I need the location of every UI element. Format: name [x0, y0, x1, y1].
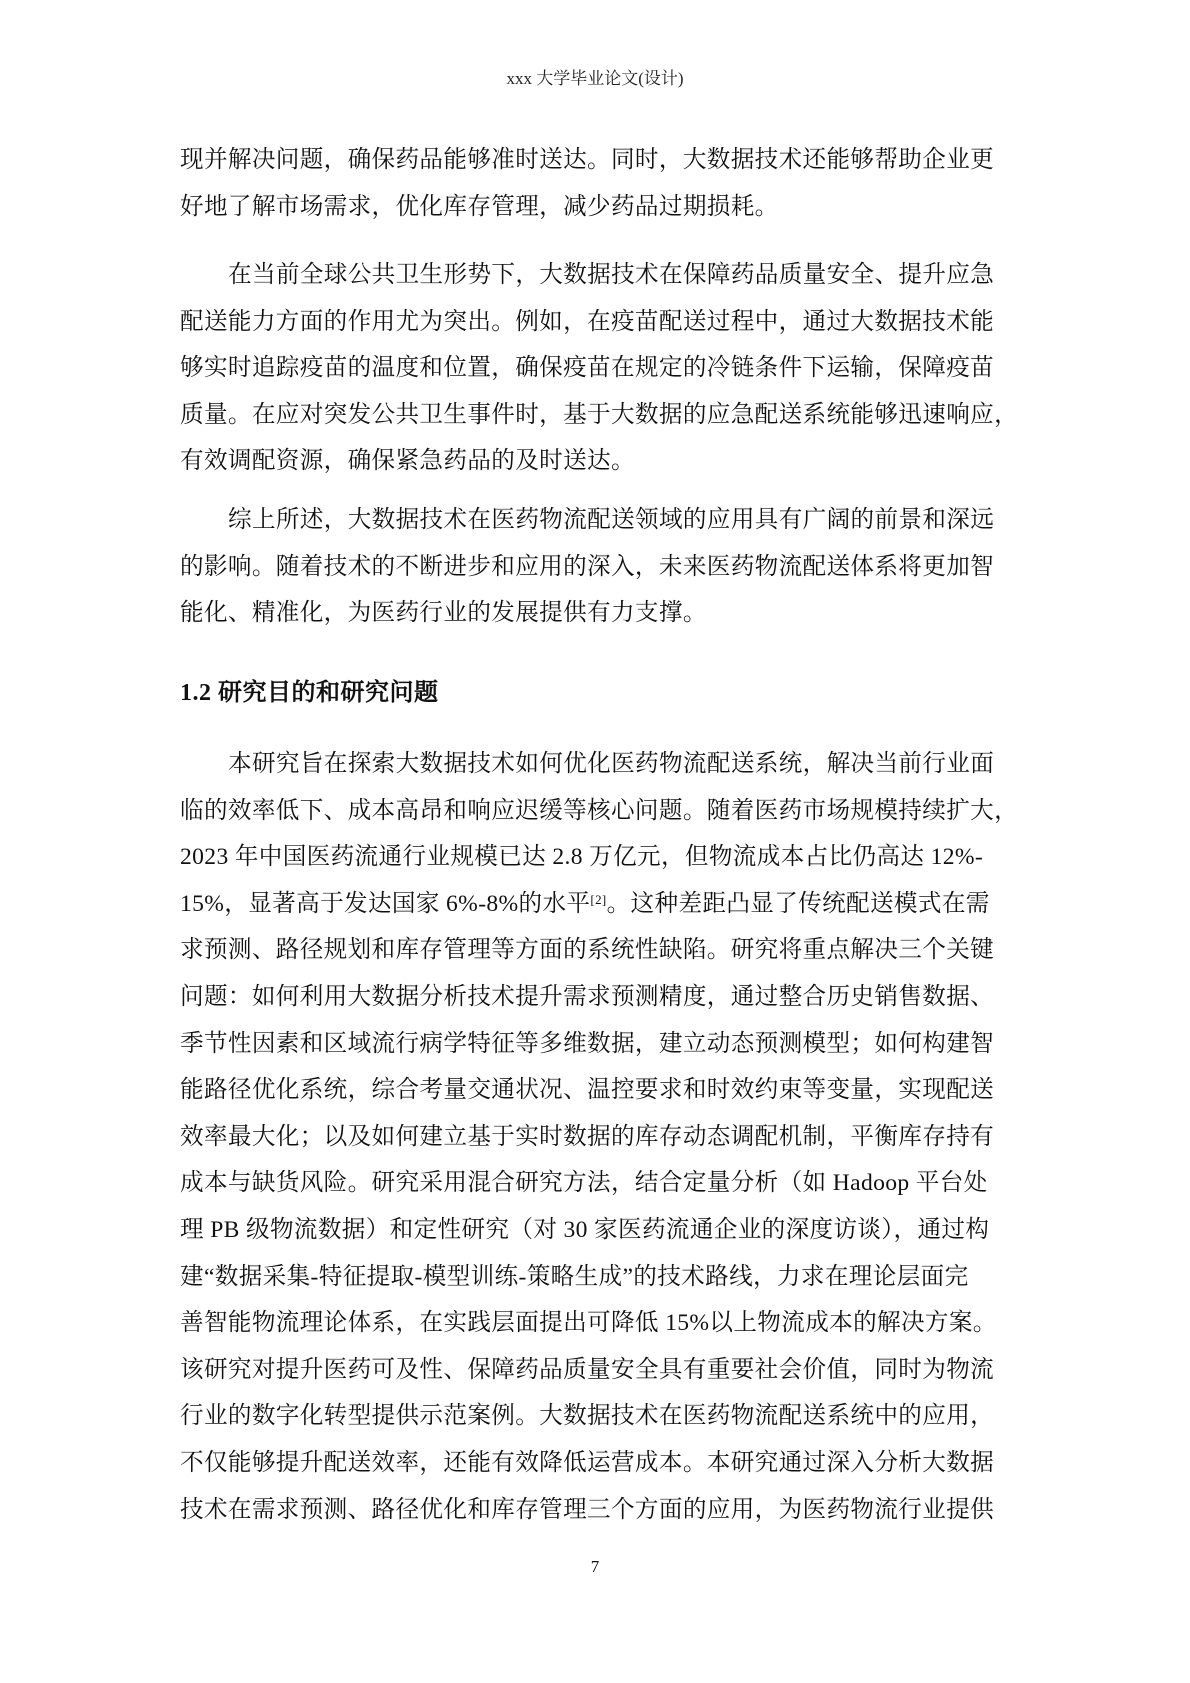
text-line: 行业的数字化转型提供示范案例。大数据技术在医药物流配送系统中的应用，	[180, 1393, 1010, 1440]
text-line: 问题：如何利用大数据分析技术提升需求预测精度，通过整合历史销售数据、	[180, 974, 1010, 1021]
text-line: 能路径优化系统，综合考量交通状况、温控要求和时效约束等变量，实现配送	[180, 1067, 1010, 1114]
text-line: 该研究对提升医药可及性、保障药品质量安全具有重要社会价值，同时为物流	[180, 1347, 1010, 1394]
text-line: 本研究旨在探索大数据技术如何优化医药物流配送系统，解决当前行业面	[180, 741, 1010, 788]
text-line: 求预测、路径规划和库存管理等方面的系统性缺陷。研究将重点解决三个关键	[180, 927, 1010, 974]
text-line: 技术在需求预测、路径优化和库存管理三个方面的应用，为医药物流行业提供	[180, 1487, 1010, 1534]
text-segment: 。这种差距凸显了传统配送模式在需	[607, 891, 990, 917]
text-line: 季节性因素和区域流行病学特征等多维数据，建立动态预测模型；如何构建智	[180, 1021, 1010, 1068]
citation-reference[interactable]: [2]	[590, 892, 606, 907]
text-segment: 15%，显著高于发达国家 6%-8%的水平	[180, 891, 590, 917]
paragraph-continuation: 现并解决问题，确保药品能够准时送达。同时，大数据技术还能够帮助企业更 好地了解市…	[180, 137, 1010, 230]
paragraph-public-health: 在当前全球公共卫生形势下，大数据技术在保障药品质量安全、提升应急 配送能力方面的…	[180, 252, 1010, 485]
paragraph-research-purpose: 本研究旨在探索大数据技术如何优化医药物流配送系统，解决当前行业面 临的效率低下、…	[180, 741, 1010, 1533]
text-line: 够实时追踪疫苗的温度和位置，确保疫苗在规定的冷链条件下运输，保障疫苗	[180, 345, 1010, 392]
text-line: 建“数据采集-特征提取-模型训练-策略生成”的技术路线，力求在理论层面完	[180, 1254, 1010, 1301]
page-number: 7	[0, 1556, 1190, 1578]
text-line: 2023 年中国医药流通行业规模已达 2.8 万亿元，但物流成本占比仍高达 12…	[180, 834, 1010, 881]
text-line: 成本与缺货风险。研究采用混合研究方法，结合定量分析（如 Hadoop 平台处	[180, 1160, 1010, 1207]
text-line: 能化、精准化，为医药行业的发展提供有力支撑。	[180, 590, 1010, 637]
text-line: 不仅能够提升配送效率，还能有效降低运营成本。本研究通过深入分析大数据	[180, 1440, 1010, 1487]
text-line: 善智能物流理论体系，在实践层面提出可降低 15%以上物流成本的解决方案。	[180, 1300, 1010, 1347]
text-line: 效率最大化；以及如何建立基于实时数据的库存动态调配机制，平衡库存持有	[180, 1114, 1010, 1161]
text-line: 理 PB 级物流数据）和定性研究（对 30 家医药流通企业的深度访谈），通过构	[180, 1207, 1010, 1254]
text-line: 配送能力方面的作用尤为突出。例如，在疫苗配送过程中，通过大数据技术能	[180, 299, 1010, 346]
text-line: 临的效率低下、成本高昂和响应迟缓等核心问题。随着医药市场规模持续扩大，	[180, 788, 1010, 835]
text-line: 在当前全球公共卫生形势下，大数据技术在保障药品质量安全、提升应急	[180, 252, 1010, 299]
text-line: 质量。在应对突发公共卫生事件时，基于大数据的应急配送系统能够迅速响应，	[180, 392, 1010, 439]
text-line: 现并解决问题，确保药品能够准时送达。同时，大数据技术还能够帮助企业更	[180, 137, 1010, 184]
running-header: xxx 大学毕业论文(设计)	[0, 68, 1190, 90]
section-heading: 1.2 研究目的和研究问题	[180, 677, 439, 709]
paragraph-summary: 综上所述，大数据技术在医药物流配送领域的应用具有广阔的前景和深远 的影响。随着技…	[180, 497, 1010, 637]
text-line: 的影响。随着技术的不断进步和应用的深入，未来医药物流配送体系将更加智	[180, 544, 1010, 591]
text-line: 好地了解市场需求，优化库存管理，减少药品过期损耗。	[180, 184, 1010, 231]
text-line: 综上所述，大数据技术在医药物流配送领域的应用具有广阔的前景和深远	[180, 497, 1010, 544]
text-line: 有效调配资源，确保紧急药品的及时送达。	[180, 438, 1010, 485]
text-line-with-citation: 15%，显著高于发达国家 6%-8%的水平[2]。这种差距凸显了传统配送模式在需	[180, 881, 1010, 928]
